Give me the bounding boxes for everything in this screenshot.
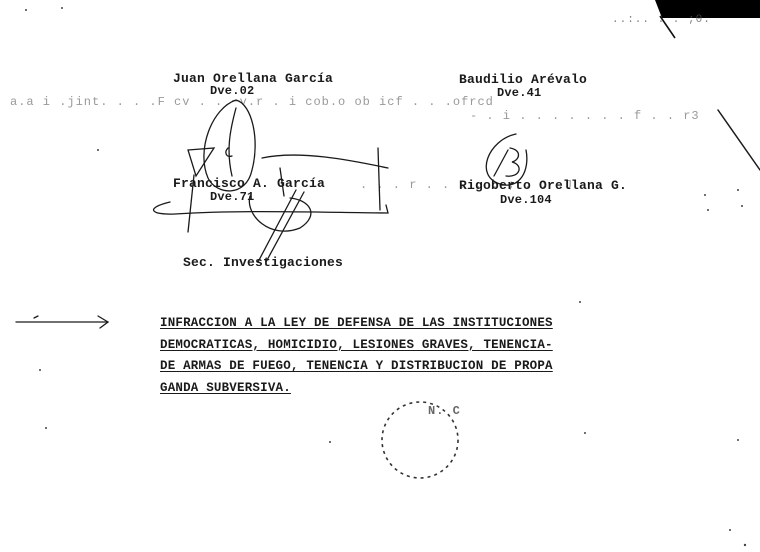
scanned-document-page: ..:.. . . ;0. a.a i .jint. . . .F cv . .… <box>0 0 760 552</box>
signature-stroke <box>229 108 236 176</box>
stamp-circle <box>382 402 458 478</box>
signature-b-loop <box>486 134 527 185</box>
handwritten-marks <box>0 0 760 552</box>
